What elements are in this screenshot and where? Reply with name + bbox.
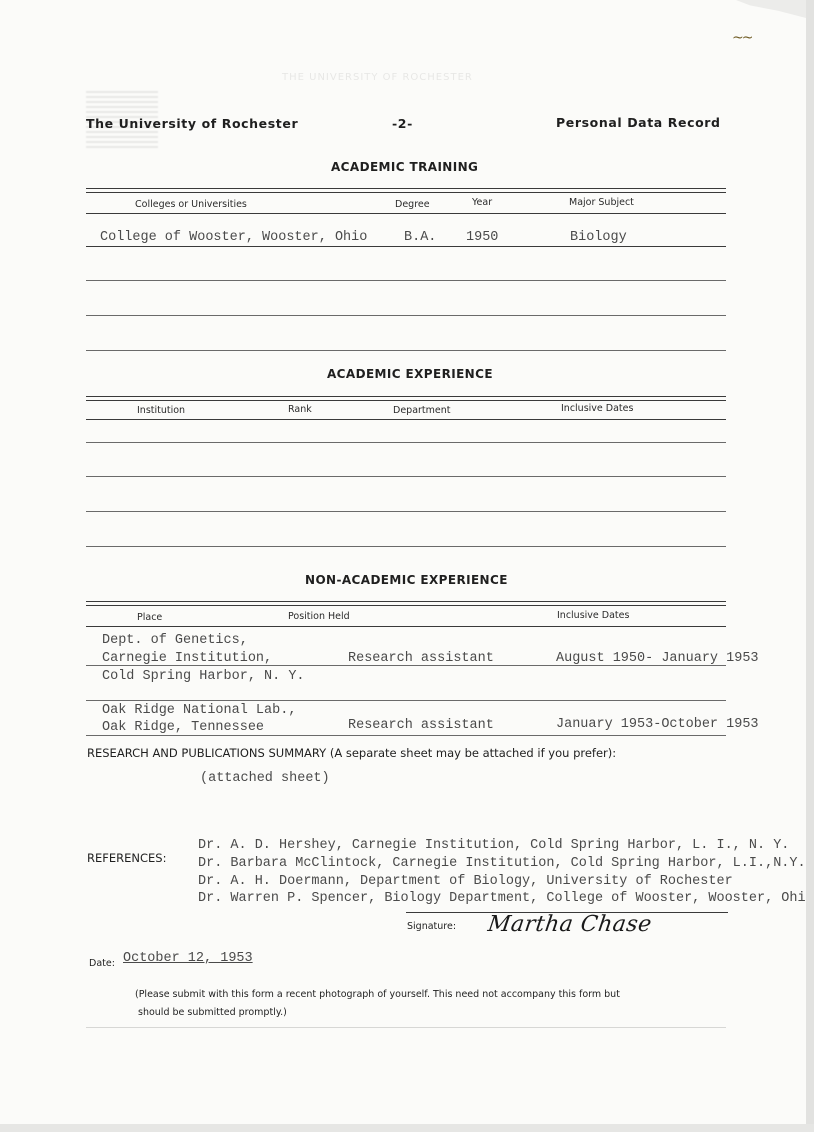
date-value: October 12, 1953 — [123, 951, 253, 966]
date-label: Date: — [89, 958, 115, 969]
job2-dates: January 1953-October 1953 — [556, 717, 759, 732]
references-label: REFERENCES: — [87, 851, 166, 865]
entry-line — [86, 735, 726, 736]
col-inclusive-dates: Inclusive Dates — [557, 610, 629, 621]
divider — [86, 419, 726, 420]
entry-line — [86, 442, 726, 443]
training-college: College of Wooster, Wooster, Ohio — [100, 230, 367, 245]
reference-item: Dr. Warren P. Spencer, Biology Departmen… — [198, 891, 814, 906]
bleed-through-line — [86, 1027, 726, 1028]
divider — [86, 396, 726, 397]
entry-line — [86, 280, 726, 281]
entry-line — [86, 700, 726, 701]
non-academic-experience-title: NON-ACADEMIC EXPERIENCE — [305, 573, 508, 587]
reference-item: Dr. A. D. Hershey, Carnegie Institution,… — [198, 838, 789, 853]
col-inclusive-dates: Inclusive Dates — [561, 403, 633, 414]
entry-line — [86, 546, 726, 547]
job1-position: Research assistant — [348, 651, 494, 666]
entry-line — [86, 511, 726, 512]
col-major-subject: Major Subject — [569, 197, 634, 208]
col-institution: Institution — [137, 405, 185, 416]
footer-note-line2: should be submitted promptly.) — [138, 1007, 287, 1018]
form-title: Personal Data Record — [556, 115, 721, 130]
col-position-held: Position Held — [288, 611, 350, 622]
bleed-through-text: THE UNIVERSITY OF ROCHESTER — [282, 72, 473, 83]
training-major: Biology — [570, 230, 627, 245]
divider — [86, 626, 726, 627]
job1-place-line1: Dept. of Genetics, — [102, 633, 248, 648]
reference-item: Dr. A. H. Doermann, Department of Biolog… — [198, 874, 733, 889]
signature-value: Martha Chase — [486, 912, 653, 937]
col-degree: Degree — [395, 199, 430, 210]
col-place: Place — [137, 612, 162, 623]
pencil-mark: ~~ — [732, 30, 751, 46]
job2-place-line2: Oak Ridge, Tennessee — [102, 720, 264, 735]
training-year: 1950 — [466, 230, 498, 245]
institution-name: The University of Rochester — [86, 116, 298, 131]
training-degree: B.A. — [404, 230, 436, 245]
entry-line — [86, 350, 726, 351]
page-edge — [806, 0, 814, 1132]
entry-line — [86, 246, 726, 247]
entry-line — [86, 665, 726, 666]
job1-dates: August 1950- January 1953 — [556, 651, 759, 666]
divider — [86, 400, 726, 401]
col-colleges: Colleges or Universities — [135, 199, 247, 210]
signature-label: Signature: — [407, 921, 456, 932]
col-year: Year — [472, 197, 492, 208]
col-rank: Rank — [288, 404, 312, 415]
entry-line — [86, 315, 726, 316]
job2-position: Research assistant — [348, 718, 494, 733]
footer-note-line1: (Please submit with this form a recent p… — [135, 989, 620, 1000]
col-department: Department — [393, 405, 451, 416]
document-page: THE UNIVERSITY OF ROCHESTER The Universi… — [0, 0, 806, 1125]
divider — [86, 605, 726, 606]
divider — [86, 601, 726, 602]
divider — [86, 192, 726, 193]
divider — [86, 213, 726, 214]
academic-experience-title: ACADEMIC EXPERIENCE — [327, 367, 493, 381]
divider — [86, 188, 726, 189]
job1-place-line2: Carnegie Institution, — [102, 651, 272, 666]
academic-training-title: ACADEMIC TRAINING — [331, 160, 478, 174]
job1-place-line3: Cold Spring Harbor, N. Y. — [102, 669, 305, 684]
page-number: -2- — [392, 116, 413, 131]
job2-place-line1: Oak Ridge National Lab., — [102, 703, 296, 718]
entry-line — [86, 476, 726, 477]
reference-item: Dr. Barbara McClintock, Carnegie Institu… — [198, 856, 806, 871]
page-edge — [0, 1124, 814, 1132]
research-summary-label: RESEARCH AND PUBLICATIONS SUMMARY (A sep… — [87, 746, 616, 760]
research-summary-value: (attached sheet) — [200, 771, 330, 786]
